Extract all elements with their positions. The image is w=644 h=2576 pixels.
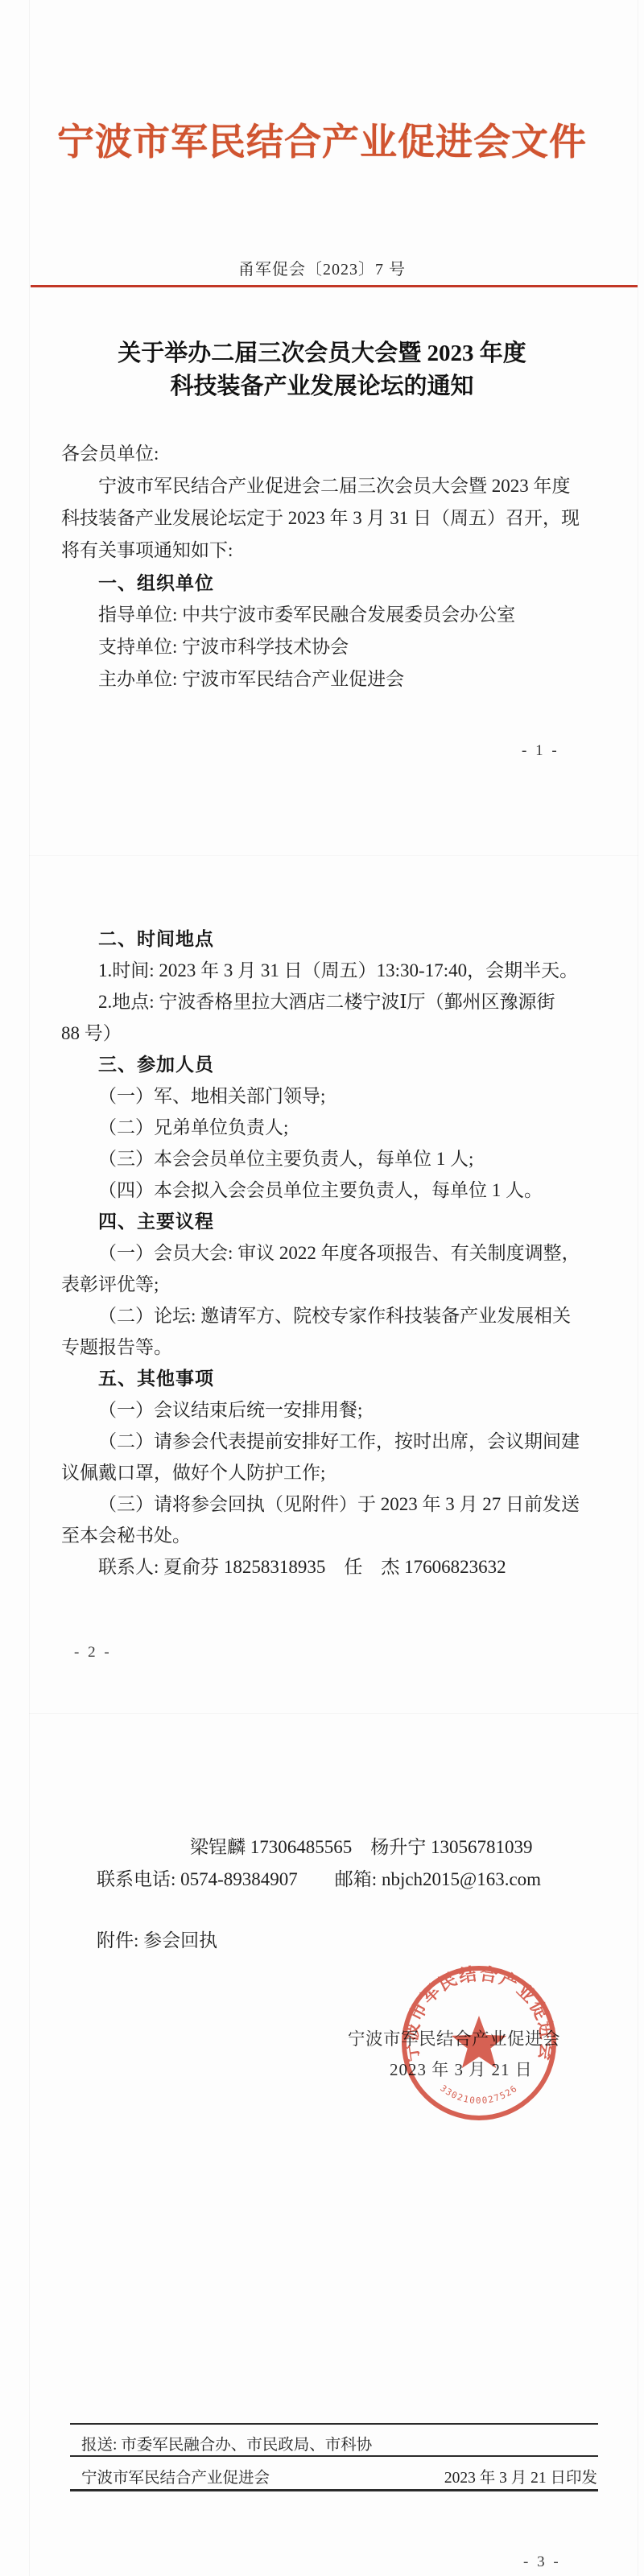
page-marker-2: - 2 - xyxy=(74,1644,112,1662)
body-line: 88 号） xyxy=(61,1018,592,1049)
body-line: 至本会秘书处。 xyxy=(61,1520,592,1551)
contact-phone-line: 联系电话: 0574-89384907 邮箱: nbjch2015@163.co… xyxy=(97,1864,541,1891)
body-line: 各会员单位: xyxy=(61,438,592,470)
body-line: 支持单位: 宁波市科学技术协会 xyxy=(61,631,592,663)
official-seal: 宁波市军民结合产业促进会 3302100027526 xyxy=(398,1963,559,2124)
body-line: 表彰评优等; xyxy=(61,1269,592,1300)
attachment-line: 附件: 参会回执 xyxy=(97,1926,217,1952)
scan-page-break xyxy=(29,1713,638,1714)
section-heading: 二、时间地点 xyxy=(61,923,592,955)
page2-body: 二、时间地点 1.时间: 2023 年 3 月 31 日（周五）13:30-17… xyxy=(61,923,592,1583)
body-line: 专题报告等。 xyxy=(61,1331,592,1363)
page-marker-1: - 1 - xyxy=(522,742,559,760)
body-line: 主办单位: 宁波市军民结合产业促进会 xyxy=(61,663,592,696)
red-separator-rule xyxy=(31,285,638,287)
body-line: 议佩戴口罩，做好个人防护工作; xyxy=(61,1457,592,1488)
body-line: 科技装备产业发展论坛定于 2023 年 3 月 31 日（周五）召开，现 xyxy=(61,502,592,535)
footer-rule-top xyxy=(70,2423,598,2425)
body-line: 将有关事项通知如下: xyxy=(61,535,592,567)
section-heading: 三、参加人员 xyxy=(61,1049,592,1080)
document-title: 关于举办二届三次会员大会暨 2023 年度 科技装备产业发展论坛的通知 xyxy=(0,337,644,403)
scanned-official-document: 宁波市军民结合产业促进会文件 甬军促会〔2023〕7 号 关于举办二届三次会员大… xyxy=(0,0,644,2576)
footer-print-date: 2023 年 3 月 21 日印发 xyxy=(444,2465,597,2487)
section-heading: 一、组织单位 xyxy=(61,567,592,599)
seal-number: 3302100027526 xyxy=(438,2083,519,2106)
section-heading: 五、其他事项 xyxy=(61,1363,592,1394)
body-line: 宁波市军民结合产业促进会二届三次会员大会暨 2023 年度 xyxy=(61,470,592,502)
body-line: （三）请将参会回执（见附件）于 2023 年 3 月 27 日前发送 xyxy=(61,1488,592,1520)
svg-text:3302100027526: 3302100027526 xyxy=(438,2083,519,2106)
document-title-line-2: 科技装备产业发展论坛的通知 xyxy=(0,370,644,403)
document-title-line-1: 关于举办二届三次会员大会暨 2023 年度 xyxy=(0,337,644,370)
body-line: 指导单位: 中共宁波市委军民融合发展委员会办公室 xyxy=(61,599,592,631)
footer-rule-middle xyxy=(70,2455,598,2457)
section-heading: 四、主要议程 xyxy=(61,1206,592,1237)
body-line: （二）兄弟单位负责人; xyxy=(61,1112,592,1143)
document-header-title: 宁波市军民结合产业促进会文件 xyxy=(0,113,644,166)
scan-page-break xyxy=(29,855,638,856)
page-marker-3: - 3 - xyxy=(523,2553,561,2571)
page1-body: 各会员单位: 宁波市军民结合产业促进会二届三次会员大会暨 2023 年度 科技装… xyxy=(61,438,592,696)
contact-continuation-line: 梁锃麟 17306485565 杨升宁 13056781039 xyxy=(190,1832,533,1859)
body-line: 联系人: 夏俞芬 18258318935 任 杰 17606823632 xyxy=(61,1551,592,1583)
seal-star xyxy=(452,2016,506,2068)
body-line: （一）会员大会: 审议 2022 年度各项报告、有关制度调整， xyxy=(61,1237,592,1269)
footer-issuer: 宁波市军民结合产业促进会 xyxy=(81,2465,270,2487)
body-line: （二）请参会代表提前安排好工作，按时出席，会议期间建 xyxy=(61,1426,592,1457)
doc-number: 甬军促会〔2023〕7 号 xyxy=(0,256,644,279)
footer-cc-line: 报送: 市委军民融合办、市民政局、市科协 xyxy=(81,2432,372,2454)
body-line: （三）本会会员单位主要负责人，每单位 1 人; xyxy=(61,1143,592,1174)
footer-rule-bottom xyxy=(70,2489,598,2491)
body-line: （二）论坛: 邀请军方、院校专家作科技装备产业发展相关 xyxy=(61,1300,592,1331)
body-line: （四）本会拟入会会员单位主要负责人，每单位 1 人。 xyxy=(61,1174,592,1206)
body-line: （一）军、地相关部门领导; xyxy=(61,1080,592,1112)
body-line: 1.时间: 2023 年 3 月 31 日（周五）13:30-17:40，会期半… xyxy=(61,955,592,986)
body-line: 2.地点: 宁波香格里拉大酒店二楼宁波Ⅰ厅（鄞州区豫源街 xyxy=(61,986,592,1018)
body-line: （一）会议结束后统一安排用餐; xyxy=(61,1394,592,1426)
